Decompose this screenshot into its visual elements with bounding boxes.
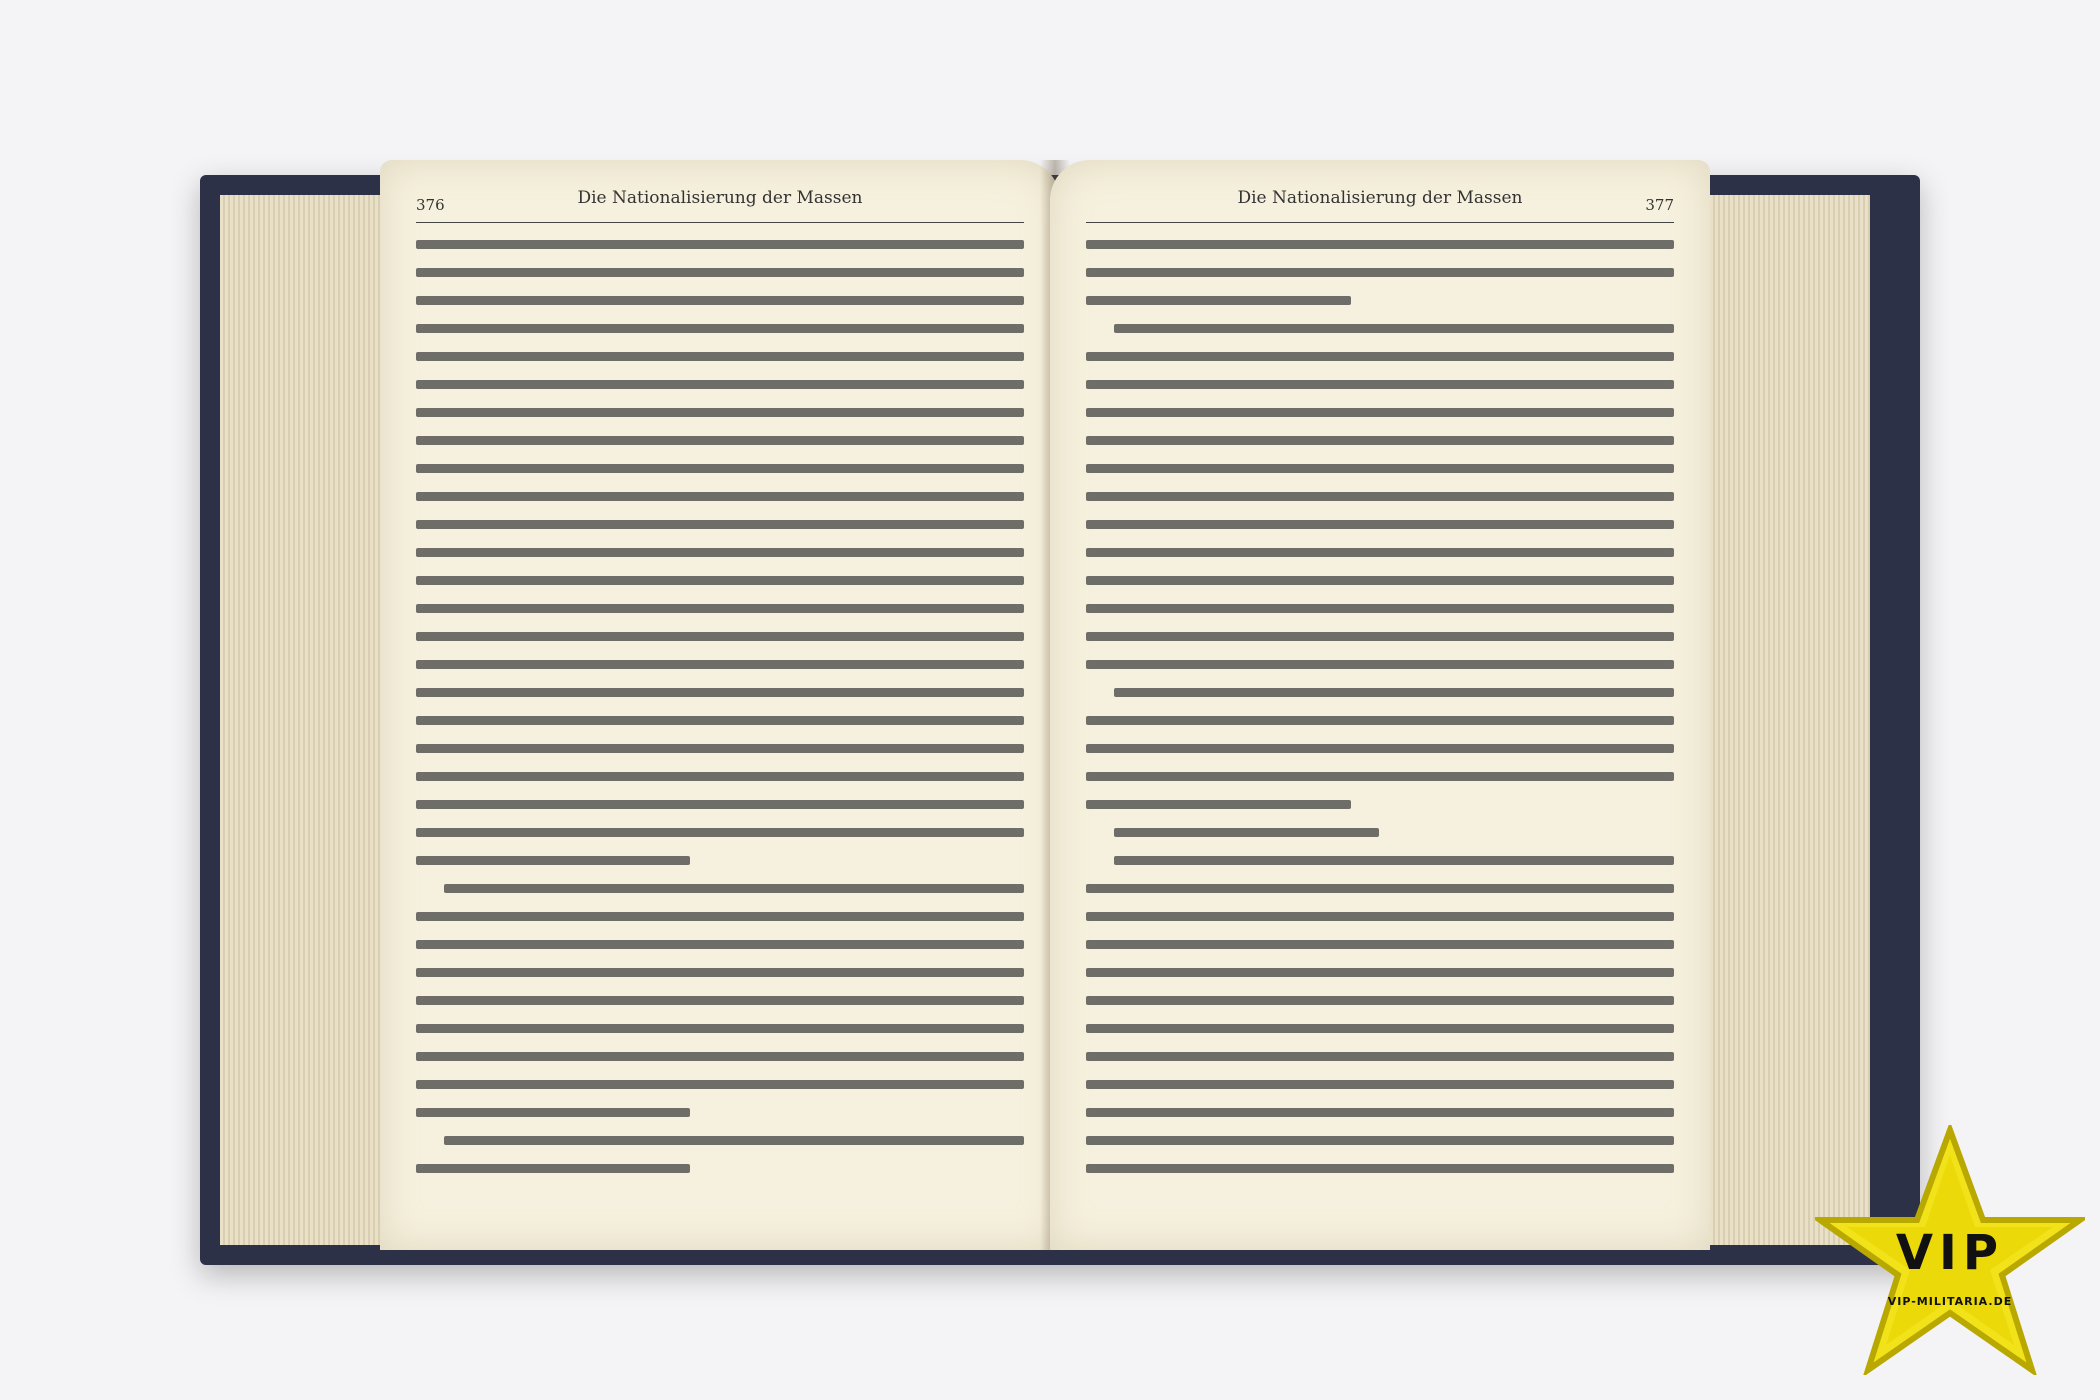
header-rule [416, 222, 1024, 223]
left-page-edges [220, 195, 390, 1245]
body-text-placeholder [1086, 240, 1674, 1192]
header-rule [1086, 222, 1674, 223]
running-head-left: Die Nationalisierung der Massen [380, 188, 1060, 208]
vip-watermark: VIP VIP-MILITARIA.DE [1815, 1125, 2085, 1375]
page-number-right: 377 [1645, 196, 1674, 214]
right-page: Die Nationalisierung der Massen 377 [1050, 160, 1710, 1250]
watermark-label: VIP [1815, 1225, 2085, 1281]
watermark-url: VIP-MILITARIA.DE [1815, 1295, 2085, 1308]
body-text-placeholder [416, 240, 1024, 1192]
right-page-edges [1700, 195, 1870, 1245]
left-page: 376 Die Nationalisierung der Massen [380, 160, 1060, 1250]
running-head-right: Die Nationalisierung der Massen [1050, 188, 1710, 208]
